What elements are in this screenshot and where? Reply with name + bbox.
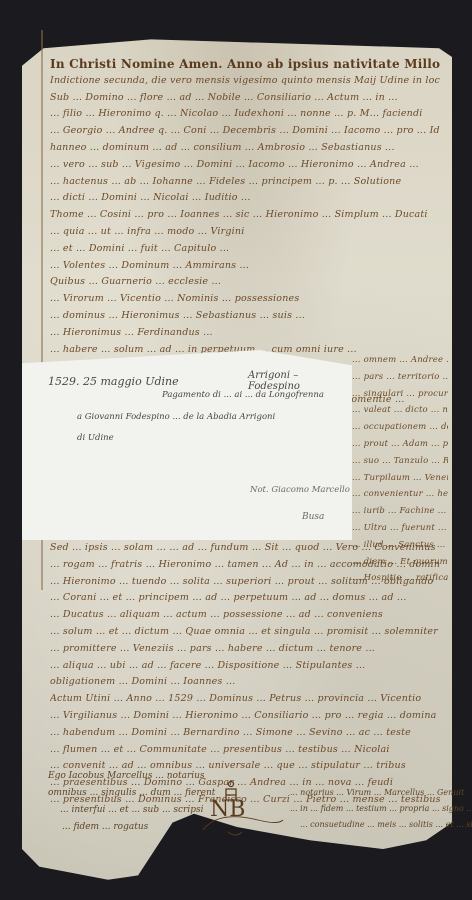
deed-text-line: Quibus ... Guarnerio ... ecclesie ... xyxy=(50,274,440,291)
notary-sign-icon: NB xyxy=(198,780,288,840)
deed-text-line: ... quia ... ut ... infra ... modo ... V… xyxy=(50,224,440,241)
label-parties: Arrigoni – Fodespino xyxy=(248,370,352,392)
svg-text:NB: NB xyxy=(210,797,245,822)
deed-text-line: ... omnem ... Andree ... fundum xyxy=(352,352,448,369)
deed-text-line: ... Volentes ... Dominum ... Ammirans ..… xyxy=(50,258,440,275)
deed-text-line: ... singulari ... procuratores ... et xyxy=(352,386,448,403)
deed-text-line: Actum Utini ... Anno ... 1529 ... Dominu… xyxy=(50,691,440,708)
deed-text-line: ... vero ... sub ... Vigesimo ... Domini… xyxy=(50,157,440,174)
notary-right-line-1: ... notarius ... Virum ... Marcellus ...… xyxy=(290,788,464,797)
deed-text-line: obligationem ... Domini ... Ioannes ... xyxy=(50,674,440,691)
label-signature-2: Busa xyxy=(302,512,324,522)
deed-text-line: ... Hieronimo ... tuendo ... solita ... … xyxy=(50,574,440,591)
deed-text-line: ... convenientur ... heredibus xyxy=(352,486,448,503)
deed-text-line: Indictione secunda, die vero mensis vige… xyxy=(50,73,440,90)
archival-label: 1529. 25 maggio Udine Arrigoni – Fodespi… xyxy=(22,350,352,540)
deed-text-line: ... habendum ... Domini ... Bernardino .… xyxy=(50,725,440,742)
deed-text-line: ... Virorum ... Vicentio ... Nominis ...… xyxy=(50,291,440,308)
deed-text-line: ... Corani ... et ... principem ... ad .… xyxy=(50,590,440,607)
label-description-3: di Udine xyxy=(77,433,114,443)
invocation-line: In Christi Nomine Amen. Anno ab ipsius n… xyxy=(50,56,440,73)
deed-text-line: ... et ... Domini ... fuit ... Capitulo … xyxy=(50,241,440,258)
deed-text-line: ... aliqua ... ubi ... ad ... facere ...… xyxy=(50,658,440,675)
deed-text-line: ... suo ... Tanzulo ... Regalia xyxy=(352,453,448,470)
deed-text-line: ... flumen ... et ... Communitate ... pr… xyxy=(50,742,440,759)
deed-text-line: ... Georgio ... Andree q. ... Coni ... D… xyxy=(50,123,440,140)
label-description-1: Pagamento di ... ai ... da Longofrenna xyxy=(162,390,324,400)
deed-text-line: ... rogam ... fratris ... Hieronimo ... … xyxy=(50,557,440,574)
deed-text-line: Sub ... Domino ... flore ... ad ... Nobi… xyxy=(50,90,440,107)
deed-text-line: ... Turpilaum ... Veneria xyxy=(352,470,448,487)
deed-text-line: ... dominus ... Hieronimus ... Sebastian… xyxy=(50,308,440,325)
deed-text-line: hanneo ... dominum ... ad ... consilium … xyxy=(50,140,440,157)
notary-right-line-3: ... consuetudine ... meis ... solitis ..… xyxy=(300,820,472,829)
notary-left-line-3: ... interfui ... et ... sub ... scripsi xyxy=(60,805,204,815)
deed-text-line: ... occupationem ... domus xyxy=(352,419,448,436)
deed-text-line: Thome ... Cosini ... pro ... Ioannes ...… xyxy=(50,207,440,224)
deed-text-line: ... iurib ... Fachine ... Hieronimo xyxy=(352,503,448,520)
deed-text-line: ... Virgilianus ... Domini ... Hieronimo… xyxy=(50,708,440,725)
label-signature-1: Not. Giacomo Marcello xyxy=(250,485,350,495)
deed-text-line: ... promittere ... Veneziis ... pars ...… xyxy=(50,641,440,658)
notary-left-line-1: Ego Iacobus Marcellus ... notarius xyxy=(48,771,205,781)
deed-text-line: ... dicti ... Domini ... Nicolai ... Iud… xyxy=(50,190,440,207)
label-date: 1529. 25 maggio Udine xyxy=(48,375,179,388)
deed-text-line: ... pars ... territorio ... Utini xyxy=(352,369,448,386)
deed-text-line: ... filio ... Hieronimo q. ... Nicolao .… xyxy=(50,106,440,123)
deed-text-line: ... Ultra ... fuerunt ... signata xyxy=(352,520,448,537)
deed-text-line: ... solum ... et ... dictum ... Quae omn… xyxy=(50,624,440,641)
notary-right-line-2: ... in ... fidem ... testium ... propria… xyxy=(290,804,472,813)
deed-text-line: ... hactenus ... ab ... Iohanne ... Fide… xyxy=(50,174,440,191)
deed-text-line: Sed ... ipsis ... solam ... ... ad ... f… xyxy=(50,540,440,557)
deed-text-line: ... Ducatus ... aliquam ... actum ... po… xyxy=(50,607,440,624)
deed-text-line: ... prout ... Adam ... post xyxy=(352,436,448,453)
notary-left-line-4: ... fidem ... rogatus xyxy=(62,822,148,832)
notary-left-line-2: omnibus ... singulis ... dum ... fierent xyxy=(48,788,215,798)
deed-text-line: ... valeat ... dicto ... nomine xyxy=(352,402,448,419)
deed-body-lower: Sed ... ipsis ... solam ... ... ad ... f… xyxy=(50,540,440,809)
label-description-2: a Giovanni Fodespino ... de la Abadia Ar… xyxy=(77,412,275,422)
notary-sign-monogram: NB xyxy=(198,780,288,830)
deed-text-line: ... Hieronimus ... Ferdinandus ... xyxy=(50,325,440,342)
